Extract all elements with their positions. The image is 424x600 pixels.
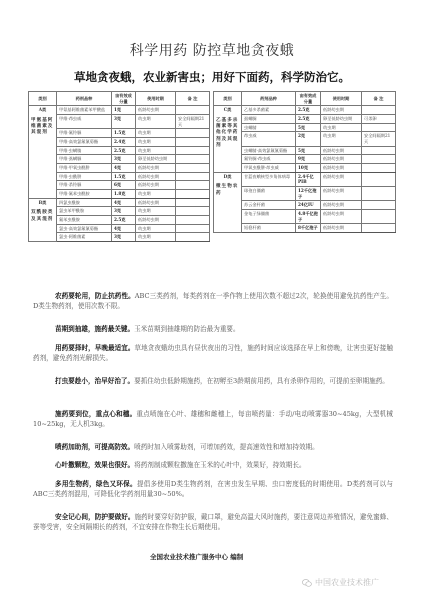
product-cell: 甲维·高效氯氟氰菊酯 [57,138,112,147]
note-cell [362,210,396,224]
period-cell: 低龄幼虫期 [321,187,362,201]
product-cell: 虱螨脲 [242,115,296,124]
note-cell [176,190,210,199]
table-row: 甲维·虫酰肼1.5克低龄幼虫期 [29,172,210,181]
paragraph-text: 喷药时加入喷雾助剂，可增加药效，提高速效性和增加持效期。 [134,443,319,451]
paragraph-text: 要抓住幼虫低龄期施药，在初孵至3龄期前用药，具有杀卵作用的，可提前至卵期施药。 [134,377,389,385]
note-cell [362,224,396,233]
note-cell [176,181,210,190]
product-cell: 乙基多杀菌素 [242,106,296,115]
category-cell: A类甲氨基阿维菌素及其混剂 [29,106,57,198]
product-cell: 茚虫威 [242,132,296,146]
dose-cell: 1.5克 [112,129,136,138]
dose-cell: 2.4克 [112,138,136,147]
table-row: 甲维·氟铃脲1.5克幼虫期 [29,129,210,138]
header-dose: 亩有效成分量 [112,92,136,106]
paragraph-lead: 心叶撒颗粒，效果也很好。 [33,461,134,469]
product-cell: 四氯虫酰胺 [57,198,112,207]
paragraph-rotation: 农药要轮用，防止抗药性。ABC三类药剂，每类药剂在一季作物上使用次数不超过2次，… [33,291,393,311]
paragraph-text: 将药剂制成颗粒撒施在玉米的心叶中，效果好，持效期长。 [134,461,305,469]
dose-cell: 8千亿孢子 [296,224,321,233]
dose-cell: 10克 [296,164,321,173]
note-cell [176,138,210,147]
table-row: D类微生物农药甘蓝夜蛾核型多角体病毒2.4千亿PIB低龄幼虫期 [214,172,396,186]
note-cell [176,224,210,233]
table-row: 球孢白僵菌12千亿孢子低龄幼虫期 [214,187,396,201]
dose-cell: 5克 [296,146,321,155]
category-cell: B类双酰胺类及其混剂 [29,198,57,241]
header-period: 使用时期 [136,92,176,106]
product-cell: 甲维·甲氧虫酰肼 [57,164,112,173]
paragraph-safety: 安全记心间，防护要做好。施药时要穿好防护服，戴口罩，避免高温大风时施药，要注意周… [33,512,393,532]
category-name: A类 [31,107,54,113]
watermark-text: 中国农业技术推广 [315,577,379,588]
note-cell [362,201,396,210]
product-cell: 短稳杆菌 [242,224,296,233]
period-cell: 低龄幼虫期 [136,172,176,181]
period-cell: 卵至低龄幼虫期 [136,155,176,164]
note-cell [176,106,210,115]
document-title: 科学用药 防控草地贪夜蛾 [0,40,424,60]
table-row: A类甲氨基阿维菌素及其混剂甲氨基阿维菌素苯甲酸盐1克低龄幼虫期 [29,106,210,115]
dose-cell: 2.5克 [112,216,136,225]
dose-cell: 3克 [112,155,136,164]
table-row: 氯虫·高效氯氟氰菊酯4克幼虫期 [29,224,210,233]
period-cell: 幼虫期 [321,132,362,146]
table-row: 甲维·氟苯虫酰胺1.8克幼虫期 [29,190,210,199]
dose-cell: 2.5克 [296,106,321,115]
dose-cell: 4克 [112,224,136,233]
paragraph-lead: 用药要择时，早晚最适宜。 [33,344,135,352]
table-row: B类双酰胺类及其混剂四氯虫酰胺4克低龄幼虫期 [29,198,210,207]
paragraph-timing-stage: 苗期到抽雄，施药最关键。玉米苗期到抽雄期的防治最为重要。 [33,324,393,334]
paragraph-time-of-day: 用药要择时，早晚最适宜。草地贪夜蛾幼虫具有昼伏夜出的习性，施药时间应该选择在早上… [33,343,393,363]
period-cell: 低龄幼虫期 [321,201,362,210]
paragraph-lead: 打虫要趁小，治早好治了。 [33,377,134,385]
period-cell: 低龄幼虫期 [136,106,176,115]
note-cell [176,155,210,164]
category-description: 双酰胺类及其混剂 [31,210,54,222]
dose-cell: 3克 [112,115,136,129]
note-cell [176,207,210,216]
category-description: 甲氨基阿维菌素及其混剂 [31,118,54,137]
product-cell: 甲维·虫酰肼 [57,172,112,181]
note-cell [362,164,396,173]
note-cell [176,146,210,155]
note-cell [362,155,396,164]
period-cell: 低龄幼虫期 [321,164,362,173]
note-cell [362,187,396,201]
watermark: 中国农业技术推广 [302,577,379,588]
paragraph-lead: 喷药加助剂，可提高防效。 [33,443,134,451]
paragraph-granules: 心叶撒颗粒，效果也很好。将药剂制成颗粒撒施在玉米的心叶中，效果好，持效期长。 [33,460,393,470]
dose-cell: 1克 [112,106,136,115]
header-note: 备 注 [362,92,396,106]
table-row: 氯虫苯甲酰胺3克幼虫期 [29,207,210,216]
table-row: 甲氧虫酰肼·茚虫威10克低龄幼虫期 [214,164,396,173]
table-row: 甲维·虱螨脲3克卵至低龄幼虫期 [29,155,210,164]
product-cell: 金龟子绿僵菌 [242,210,296,224]
header-category: 类别 [214,92,242,106]
product-cell: 球孢白僵菌 [242,187,296,201]
product-cell: 氯虫·高效氯氟氰菊酯 [57,224,112,233]
note-cell [362,106,396,115]
dose-cell: 4.8千亿孢子 [296,210,321,224]
table-header-row: 类别 药剂品种 亩有效成分量 使用时期 备 注 [29,92,210,106]
paragraph-lead: 安全记心间，防护要做好。 [33,513,135,521]
period-cell: 低龄幼虫期 [321,210,362,224]
header-product: 药剂品种 [57,92,112,106]
note-cell: 安全间隔期21天 [362,132,396,146]
category-description: 乙基多杀菌素等其他化学药剂及其混剂 [216,118,239,149]
paragraph-lead: 苗期到抽雄，施药最关键。 [33,325,134,333]
dose-cell: 9克 [296,155,321,164]
paragraph-lead: 施药要到位，重点心和穗。 [33,410,136,418]
product-cell: 甲维·氟铃脲 [57,129,112,138]
note-cell [176,172,210,181]
product-cell: 甲维·氟苯虫酰胺 [57,190,112,199]
product-cell: 虫螨腈 [242,123,296,132]
product-cell: 甲维·杀铃脲 [57,181,112,190]
header-note: 备 注 [176,92,210,106]
paragraph-adjuvant: 喷药加助剂，可提高防效。喷药时加入喷雾助剂，可增加药效，提高速效性和增加持效期。 [33,442,393,452]
paragraph-text: 玉米苗期到抽雄期的防治最为重要。 [134,325,240,333]
wechat-icon [302,579,312,587]
note-cell [362,172,396,186]
pesticide-table-right: 类别 药剂品种 亩有效成分量 使用时期 备 注 C类乙基多杀菌素等其他化学药剂及… [213,91,396,233]
table-row: 甲维·甲氧虫酰肼4克低龄幼虫期 [29,164,210,173]
product-cell: 甲氧虫酰肼·茚虫威 [242,164,296,173]
dose-cell: 6克 [112,181,136,190]
header-product: 药剂品种 [242,92,296,106]
table-row: C类乙基多杀菌素等其他化学药剂及其混剂乙基多杀菌素2.5克低龄幼虫期 [214,106,396,115]
dose-cell: 4克 [112,164,136,173]
dose-cell: 5克 [296,123,321,132]
note-cell [176,164,210,173]
dose-cell: 2.5克 [112,146,136,155]
period-cell: 低龄幼虫期 [136,198,176,207]
dose-cell: 2克 [296,132,321,146]
product-cell: 氯虫·阿维菌素 [57,233,112,242]
dose-cell: 3克 [112,233,136,242]
table-row: 氟苯虫酰胺2.5克低龄幼虫期 [29,216,210,225]
paragraph-biological: 多用生物药，绿色又环保。提倡多使用D类生物药剂，在害虫发生早期、虫口密度低的时期… [33,479,393,499]
dose-cell: 12千亿孢子 [296,187,321,201]
table-header-row: 类别 药剂品种 亩有效成分量 使用时期 备 注 [214,92,396,106]
note-cell [362,146,396,155]
period-cell: 幼虫期 [136,115,176,129]
category-name: B类 [31,200,54,206]
table-row: 甲维·高效氯氟氰菊酯2.4克幼虫期 [29,138,210,147]
period-cell: 低龄幼虫期 [321,172,362,186]
period-cell: 幼虫期 [136,233,176,242]
product-cell: 甲维·虫螨腈 [57,146,112,155]
paragraph-lead: 多用生物药，绿色又环保。 [33,480,137,488]
table-row: 甲维·茚虫威3克幼虫期安全间隔期21天 [29,115,210,129]
period-cell: 低龄幼虫期 [321,155,362,164]
table-row: 茚虫威2克幼虫期安全间隔期21天 [214,132,396,146]
dose-cell: 1.5克 [112,172,136,181]
category-name: D类 [216,174,239,180]
product-cell: 氯虫苯甲酰胺 [57,207,112,216]
dose-cell: 2.5克 [296,115,321,124]
table-row: 氯虫·阿维菌素3克幼虫期 [29,233,210,242]
product-cell: 甲维·虱螨脲 [57,155,112,164]
footer-organization: 全国农业技术推广服务中心 编制 [150,552,243,561]
table-row: 虫螨腈5克幼虫期 [214,123,396,132]
table-row: 虱螨脲2.5克卵至低龄幼虫期可杀卵 [214,115,396,124]
note-cell [176,233,210,242]
note-cell [176,198,210,207]
dose-cell: 3克 [112,207,136,216]
note-cell: 可杀卵 [362,115,396,124]
table-row: 金龟子绿僵菌4.8千亿孢子低龄幼虫期 [214,210,396,224]
note-cell [176,129,210,138]
period-cell: 幼虫期 [136,129,176,138]
table-body: A类甲氨基阿维菌素及其混剂甲氨基阿维菌素苯甲酸盐1克低龄幼虫期甲维·茚虫威3克幼… [29,106,210,242]
period-cell: 幼虫期 [136,138,176,147]
period-cell: 幼虫期 [321,123,362,132]
table-body: C类乙基多杀菌素等其他化学药剂及其混剂乙基多杀菌素2.5克低龄幼虫期虱螨脲2.5… [214,106,396,233]
dose-cell: 4克 [112,198,136,207]
dose-cell: 24亿IU [296,201,321,210]
table-row: 甲维·虫螨腈2.5克幼虫期 [29,146,210,155]
period-cell: 低龄幼虫期 [321,146,362,155]
period-cell: 低龄幼虫期 [321,224,362,233]
paragraph-application: 施药要到位，重点心和穗。重点喷施在心叶、雄穗和雌穗上，每亩喷药量：手动/电动喷雾… [33,409,393,429]
period-cell: 低龄幼虫期 [136,216,176,225]
header-period: 使用时期 [321,92,362,106]
note-cell [176,216,210,225]
product-cell: 甘蓝夜蛾核型多角体病毒 [242,172,296,186]
table-row: 虫螨腈·高效氯氟氰菊酯5克低龄幼虫期 [214,146,396,155]
category-cell: D类微生物农药 [214,172,242,232]
paragraph-lead: 农药要轮用，防止抗药性。 [33,292,135,300]
paragraph-early-control: 打虫要趁小，治早好治了。要抓住幼虫低龄期施药，在初孵至3龄期前用药，具有杀卵作用… [33,376,393,386]
note-cell: 安全间隔期21天 [176,115,210,129]
note-cell [362,123,396,132]
period-cell: 幼虫期 [136,207,176,216]
document-subtitle: 草地贪夜蛾，农业新害虫；用好下面药，科学防治它。 [0,69,424,85]
category-cell: C类乙基多杀菌素等其他化学药剂及其混剂 [214,106,242,172]
table-row: 甲维·杀铃脲6克低龄幼虫期 [29,181,210,190]
period-cell: 低龄幼虫期 [136,164,176,173]
dose-cell: 1.8克 [112,190,136,199]
dose-cell: 2.4千亿PIB [296,172,321,186]
table-row: 氟铃脲·茚虫威9克低龄幼虫期 [214,155,396,164]
product-cell: 氟铃脲·茚虫威 [242,155,296,164]
period-cell: 幼虫期 [136,190,176,199]
table-row: 短稳杆菌8千亿孢子低龄幼虫期 [214,224,396,233]
period-cell: 幼虫期 [136,146,176,155]
period-cell: 低龄幼虫期 [321,106,362,115]
product-cell: 虫螨腈·高效氯氟氰菊酯 [242,146,296,155]
product-cell: 甲维·茚虫威 [57,115,112,129]
header-dose: 亩有效成分量 [296,92,321,106]
period-cell: 卵至低龄幼虫期 [321,115,362,124]
product-cell: 苏云金杆菌 [242,201,296,210]
pesticide-table-left: 类别 药剂品种 亩有效成分量 使用时期 备 注 A类甲氨基阿维菌素及其混剂甲氨基… [28,91,210,242]
category-name: C类 [216,107,239,113]
category-description: 微生物农药 [216,184,239,196]
product-cell: 氟苯虫酰胺 [57,216,112,225]
product-cell: 甲氨基阿维菌素苯甲酸盐 [57,106,112,115]
header-category: 类别 [29,92,57,106]
period-cell: 幼虫期 [136,224,176,233]
table-row: 苏云金杆菌24亿IU低龄幼虫期 [214,201,396,210]
period-cell: 低龄幼虫期 [136,181,176,190]
